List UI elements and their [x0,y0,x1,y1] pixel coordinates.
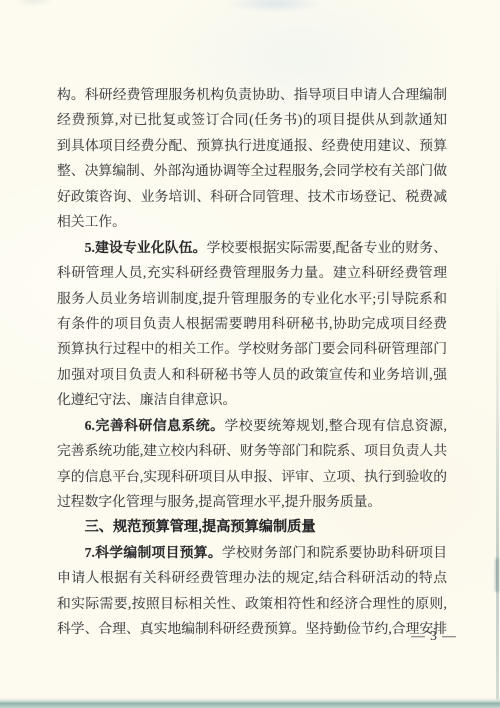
body-line: 有条件的项目负责人根据需要聘用科研秘书,协助完成项目经费 [57,311,447,336]
document-body: 构。科研经费管理服务机构负责协助、指导项目申请人合理编制 经费预算,对已批复或签… [57,82,447,642]
scan-smudge-corner [14,0,54,10]
body-line-item-7: 7.科学编制项目预算。学校财务部门和院系要协助科研项目 [57,540,447,565]
scan-smudge-top [222,0,327,17]
scanned-document-page: 构。科研经费管理服务机构负责协助、指导项目申请人合理编制 经费预算,对已批复或签… [0,0,500,708]
body-line: 相关工作。 [57,209,447,234]
body-line: 化遵纪守法、廉洁自律意识。 [57,387,447,412]
body-line: 申请人根据有关科研经费管理办法的规定,结合科研活动的特点 [57,565,447,590]
item-title: 7.科学编制项目预算。 [85,545,222,560]
body-line: 构。科研经费管理服务机构负责协助、指导项目申请人合理编制 [57,82,447,107]
item-title: 6.完善科研信息系统。 [85,418,225,433]
body-line: 完善系统功能,建立校内科研、财务等部门和院系、项目负责人共 [57,438,447,463]
body-line: 科研管理人员,充实科研经费管理服务力量。建立科研经费管理 [57,260,447,285]
body-line: 整、决算编制、外部沟通协调等全过程服务,会同学校有关部门做 [57,158,447,183]
body-line: 预算执行过程中的相关工作。学校财务部门要会同科研管理部门 [57,336,447,361]
body-line: 和实际需要,按照目标相关性、政策相符性和经济合理性的原则, [57,591,447,616]
body-line-item-6: 6.完善科研信息系统。学校要统筹规划,整合现有信息资源, [57,413,447,438]
body-line-item-5: 5.建设专业化队伍。学校要根据实际需要,配备专业的财务、 [57,235,447,260]
body-line: 加强对项目负责人和科研秘书等人员的政策宣传和业务培训,强 [57,362,447,387]
body-line: 享的信息平台,实现科研项目从申报、评审、立项、执行到验收的全 [57,464,447,489]
item-title: 5.建设专业化队伍。 [85,240,207,255]
body-line: 过程数字化管理与服务,提高管理水平,提升服务质量。 [57,489,447,514]
body-line: 好政策咨询、业务培训、科研合同管理、技术市场登记、税费减免等 [57,184,447,209]
page-number: — 3 — [401,628,467,644]
scan-edge-bottom [0,698,500,708]
body-line: 到具体项目经费分配、预算执行进度通报、经费使用建议、预算调 [57,133,447,158]
body-line: 服务人员业务培训制度,提升管理服务的专业化水平;引导院系和 [57,286,447,311]
scan-edge-blot [495,558,499,592]
section-heading: 三、规范预算管理,提高预算编制质量 [57,514,447,539]
scan-edge-right [496,255,499,708]
body-line: 经费预算,对已批复或签订合同(任务书)的项目提供从到款通知 [57,107,447,132]
body-line: 科学、合理、真实地编制科研经费预算。坚持勤俭节约,合理安排 [57,616,447,641]
